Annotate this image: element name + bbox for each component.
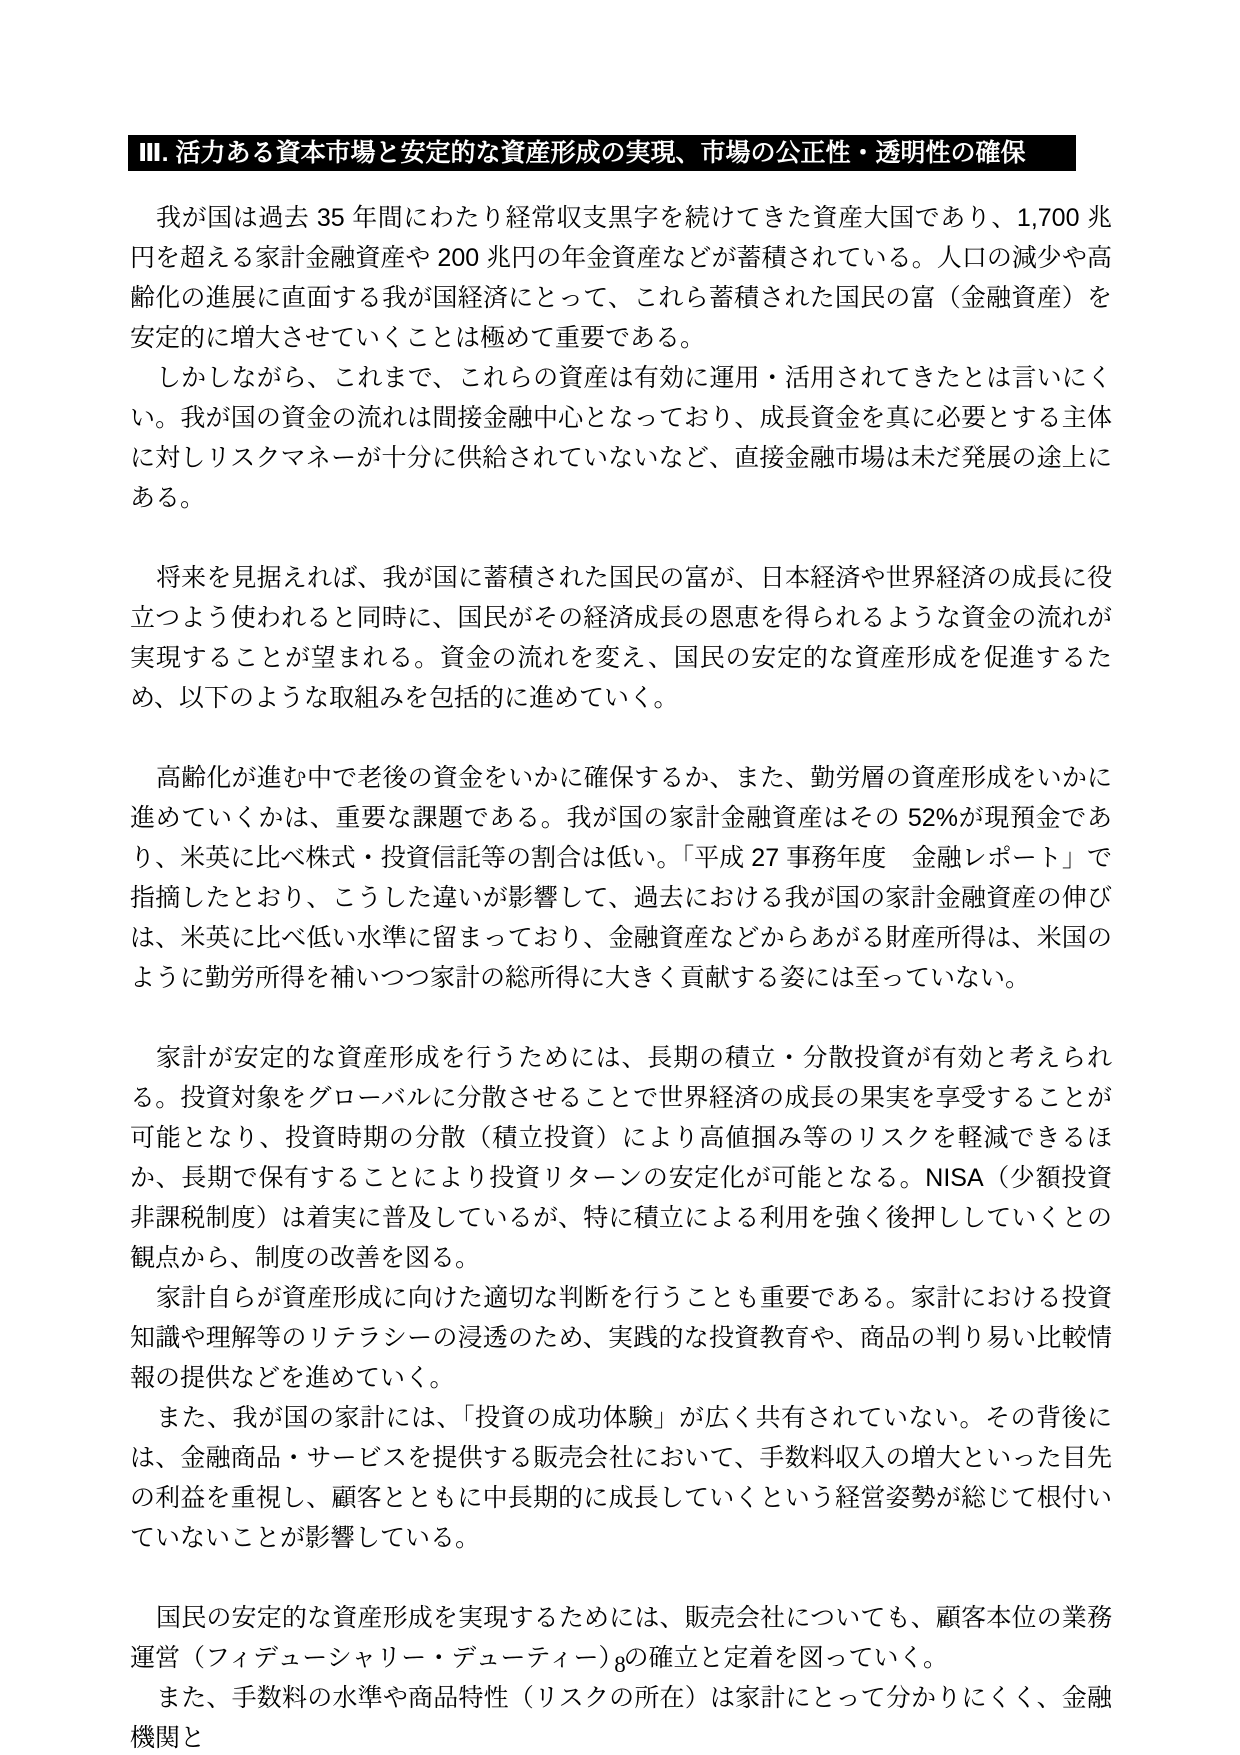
page-footer: 8: [0, 1652, 1240, 1678]
document-body: 我が国は過去 35 年間にわたり経常収支黒字を続けてきた資産大国であり、1,70…: [130, 198, 1112, 1755]
section-heading: Ⅲ. 活力ある資本市場と安定的な資産形成の実現、市場の公正性・透明性の確保: [128, 135, 1076, 171]
page-number: 8: [614, 1652, 626, 1677]
paragraph-gap: [130, 998, 1112, 1038]
paragraph: 我が国は過去 35 年間にわたり経常収支黒字を続けてきた資産大国であり、1,70…: [130, 198, 1112, 358]
paragraph-gap: [130, 518, 1112, 558]
section-heading-text: Ⅲ. 活力ある資本市場と安定的な資産形成の実現、市場の公正性・透明性の確保: [138, 139, 1026, 167]
paragraph: また、我が国の家計には、「投資の成功体験」が広く共有されていない。その背後には、…: [130, 1398, 1112, 1558]
paragraph: 高齢化が進む中で老後の資金をいかに確保するか、また、勤労層の資産形成をいかに進め…: [130, 758, 1112, 998]
paragraph: また、手数料の水準や商品特性（リスクの所在）は家計にとって分かりにくく、金融機関…: [130, 1678, 1112, 1755]
paragraph-gap: [130, 718, 1112, 758]
paragraph: しかしながら、これまで、これらの資産は有効に運用・活用されてきたとは言いにくい。…: [130, 358, 1112, 518]
paragraph: 家計自らが資産形成に向けた適切な判断を行うことも重要である。家計における投資知識…: [130, 1278, 1112, 1398]
document-page: Ⅲ. 活力ある資本市場と安定的な資産形成の実現、市場の公正性・透明性の確保 我が…: [0, 0, 1240, 1755]
paragraph: 将来を見据えれば、我が国に蓄積された国民の富が、日本経済や世界経済の成長に役立つ…: [130, 558, 1112, 718]
paragraph-gap: [130, 1558, 1112, 1598]
paragraph: 家計が安定的な資産形成を行うためには、長期の積立・分散投資が有効と考えられる。投…: [130, 1038, 1112, 1278]
